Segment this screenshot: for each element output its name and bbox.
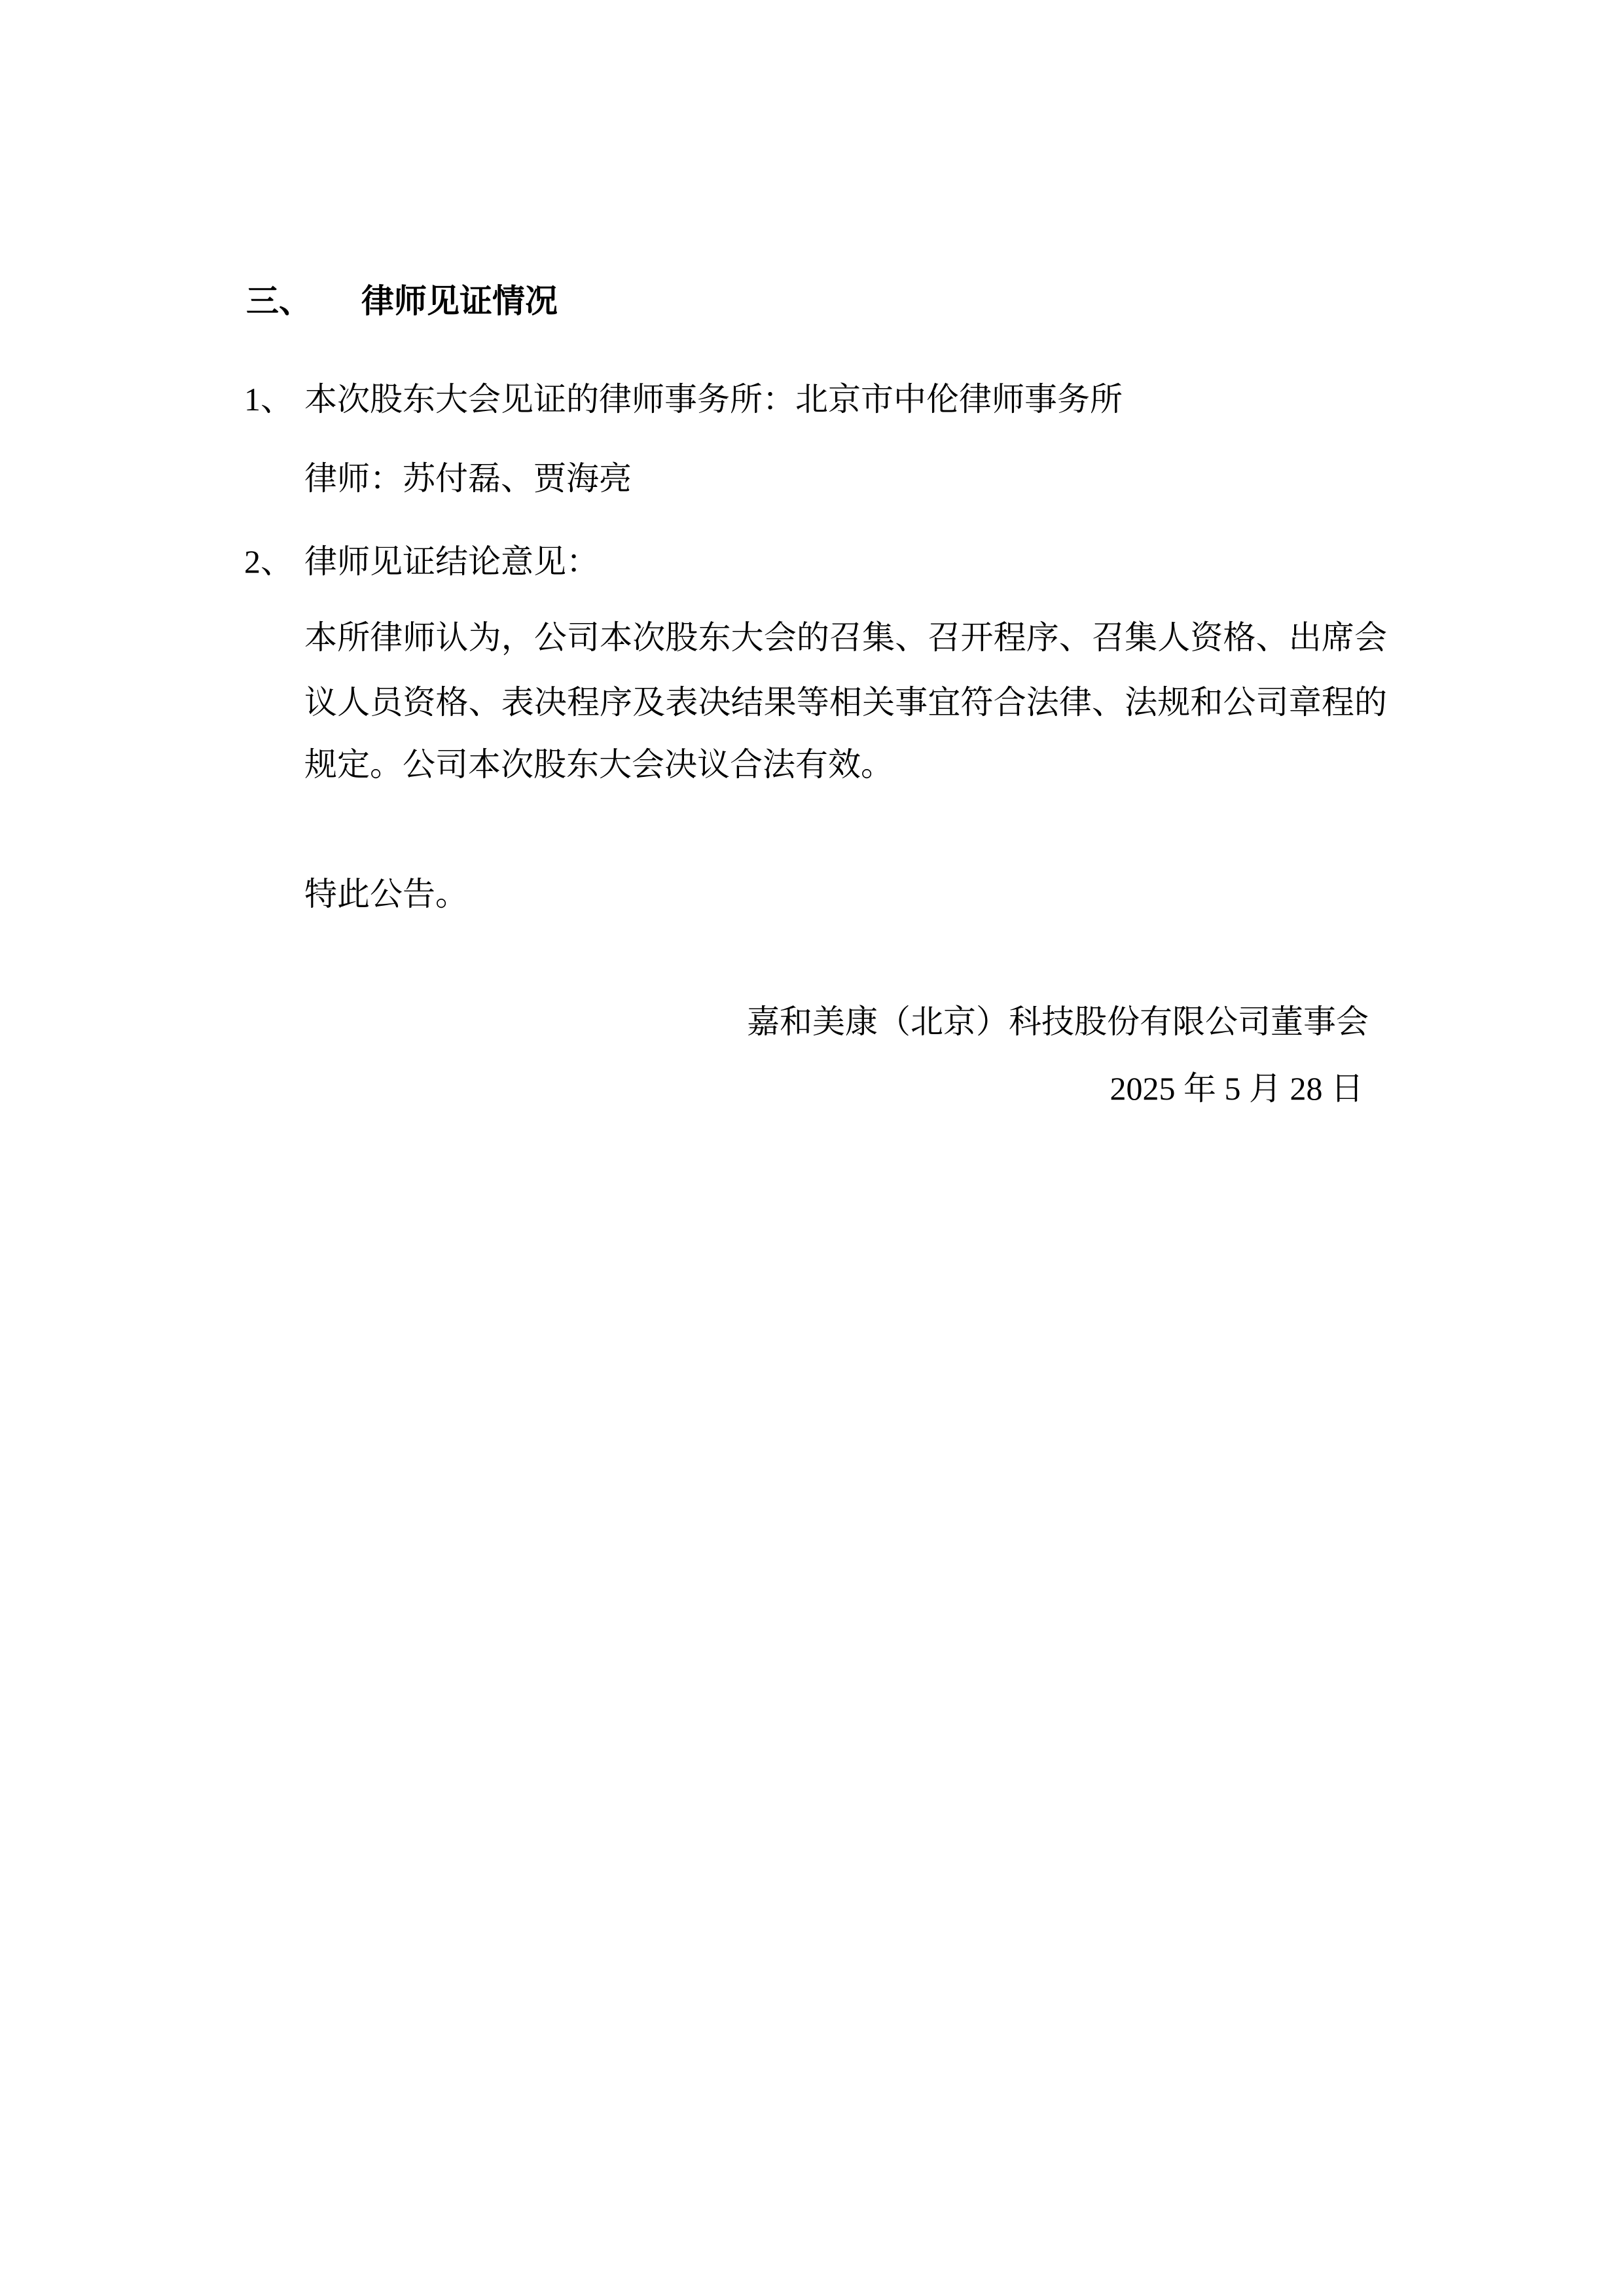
list-item-2: 2、 律师见证结论意见： bbox=[244, 545, 1390, 676]
lawyers-line: 律师：苏付磊、贾海亮 bbox=[304, 462, 632, 495]
document-page: 三、 律师见证情况 1、 本次股东大会见证的律师事务所：北京市中伦律师事务所 律… bbox=[0, 0, 1624, 2296]
list-item-1-number: 1、 bbox=[244, 383, 293, 416]
opinion-line-3: 规定。公司本次股东大会决议合法有效。 bbox=[304, 748, 893, 781]
section-heading-number: 三、 bbox=[246, 285, 312, 317]
list-item-2-text: 律师见证结论意见： bbox=[304, 545, 599, 578]
date-line: 2025 年 5 月 28 日 bbox=[840, 1072, 1363, 1105]
opinion-line-1: 本所律师认为，公司本次股东大会的召集、召开程序、召集人资格、出席会 bbox=[304, 621, 1387, 654]
list-item-1-text: 本次股东大会见证的律师事务所：北京市中伦律师事务所 bbox=[304, 383, 1123, 416]
opinion-line-2: 议人员资格、表决程序及表决结果等相关事宜符合法律、法规和公司章程的 bbox=[304, 686, 1387, 719]
section-heading-title: 律师见证情况 bbox=[361, 285, 558, 317]
list-item-2-number: 2、 bbox=[244, 545, 293, 578]
closing-line: 特此公告。 bbox=[304, 878, 468, 910]
signature-line: 嘉和美康（北京）科技股份有限公司董事会 bbox=[583, 1005, 1369, 1038]
